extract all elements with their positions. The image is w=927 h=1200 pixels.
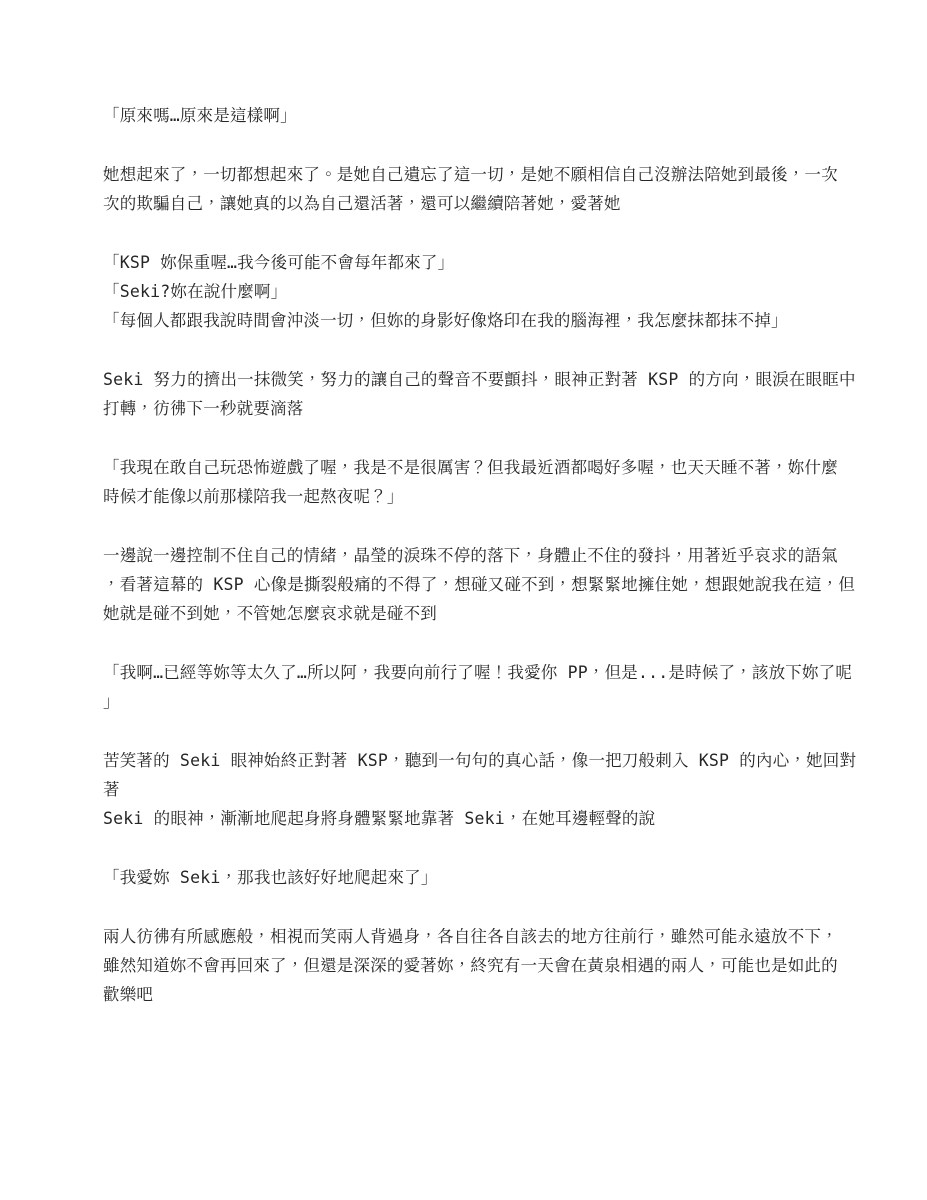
story-paragraph: 「KSP 妳保重喔…我今後可能不會每年都來了」 「Seki?妳在說什麼啊」 「每… (103, 248, 863, 335)
story-paragraph: 兩人彷彿有所感應般，相視而笑兩人背過身，各自往各自該去的地方往前行，雖然可能永遠… (103, 922, 863, 1009)
story-paragraph: 「原來嗎…原來是這樣啊」 (103, 101, 863, 130)
story-paragraph: 一邊說一邊控制不住自己的情緒，晶瑩的淚珠不停的落下，身體止不住的發抖，用著近乎哀… (103, 541, 863, 628)
story-text: 「原來嗎…原來是這樣啊」她想起來了，一切都想起來了。是她自己遺忘了這一切，是她不… (103, 101, 863, 1009)
story-paragraph: 「我愛妳 Seki，那我也該好好地爬起來了」 (103, 863, 863, 892)
story-paragraph: 「我現在敢自己玩恐怖遊戲了喔，我是不是很厲害？但我最近酒都喝好多喔，也天天睡不著… (103, 453, 863, 511)
story-paragraph: Seki 努力的擠出一抹微笑，努力的讓自己的聲音不要顫抖，眼神正對著 KSP 的… (103, 365, 863, 423)
story-page: 「原來嗎…原來是這樣啊」她想起來了，一切都想起來了。是她自己遺忘了這一切，是她不… (0, 0, 927, 1200)
story-paragraph: 她想起來了，一切都想起來了。是她自己遺忘了這一切，是她不願相信自己沒辦法陪她到最… (103, 160, 863, 218)
story-paragraph: 苦笑著的 Seki 眼神始終正對著 KSP，聽到一句句的真心話，像一把刀般刺入 … (103, 746, 863, 833)
story-paragraph: 「我啊…已經等妳等太久了…所以阿，我要向前行了喔！我愛你 PP，但是...是時候… (103, 658, 863, 716)
